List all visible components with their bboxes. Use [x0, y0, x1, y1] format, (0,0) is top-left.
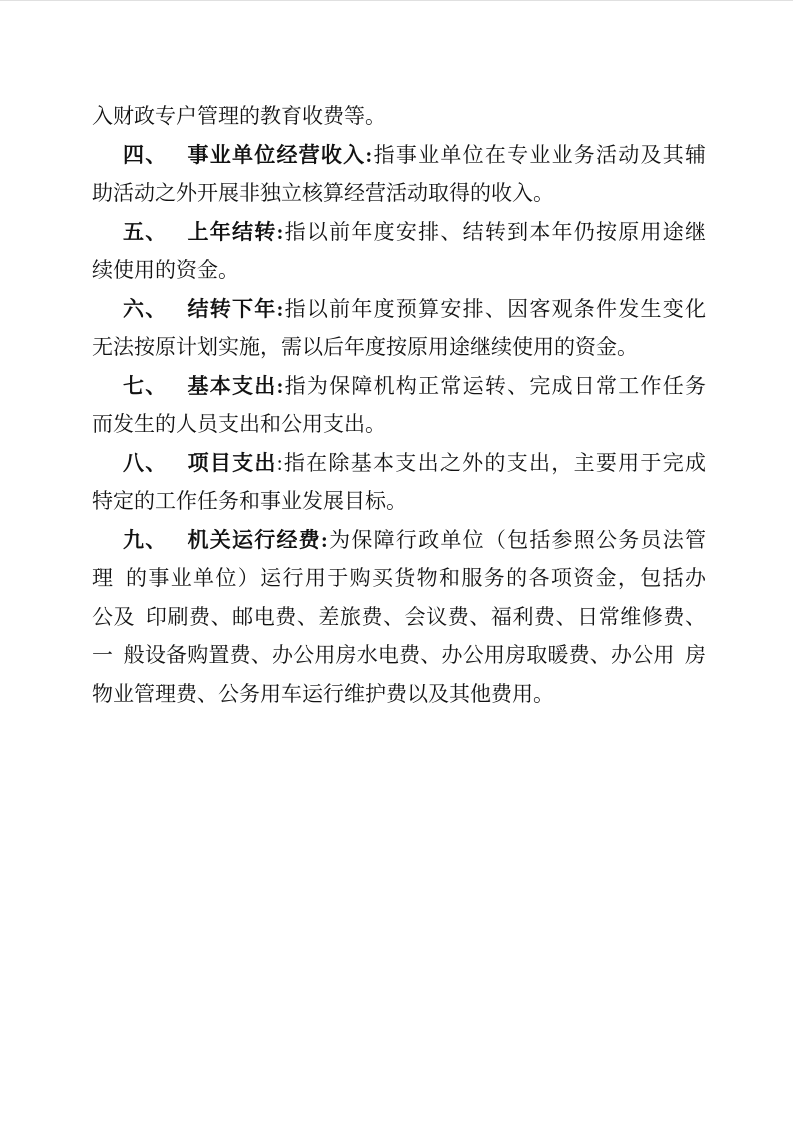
page-top-rule [0, 0, 793, 1]
item-number: 四、 [123, 143, 167, 167]
item-number: 八、 [123, 451, 168, 475]
text-segment: 物业管理费、公务用车运行维护费以及其他费用。 [92, 682, 554, 706]
item-title: 事业单位经营收入: [187, 143, 372, 167]
paragraph-item-7: 七、基本支出:指为保障机构正常运转、完成日常工作任务而发生的人员支出和公用支出。 [92, 367, 706, 444]
text-line: 入财政专户管理的教育收费等。 [92, 97, 706, 136]
paragraph-item-9: 九、机关运行经费:为保障行政单位（包括参照公务员法管理 的事业单位）运行用于购买… [92, 521, 706, 714]
text-line: 四、事业单位经营收入:指事业单位在专业业务活动及其辅 [92, 136, 706, 175]
paragraph-item-4: 四、事业单位经营收入:指事业单位在专业业务活动及其辅助活动之外开展非独立核算经营… [92, 136, 706, 213]
paragraph-item-5: 五、上年结转:指以前年度安排、结转到本年仍按原用途继续使用的资金。 [92, 213, 706, 290]
item-number: 六、 [123, 297, 167, 321]
item-title: 上年结转: [187, 220, 283, 244]
text-line: 一 般设备购置费、办公用房水电费、办公用房取暖费、办公用 房 [92, 636, 706, 675]
text-segment: 理 的事业单位）运行用于购买货物和服务的各项资金，包括办 [92, 566, 706, 590]
text-line: 公及 印刷费、邮电费、差旅费、会议费、福利费、日常维修费、 [92, 598, 706, 637]
item-number: 七、 [123, 374, 167, 398]
text-line: 物业管理费、公务用车运行维护费以及其他费用。 [92, 675, 706, 714]
text-line: 而发生的人员支出和公用支出。 [92, 405, 706, 444]
text-line: 特定的工作任务和事业发展目标。 [92, 482, 706, 521]
text-segment: 助活动之外开展非独立核算经营活动取得的收入。 [92, 181, 554, 205]
document-page: 入财政专户管理的教育收费等。四、事业单位经营收入:指事业单位在专业业务活动及其辅… [0, 0, 793, 1122]
text-line: 五、上年结转:指以前年度安排、结转到本年仍按原用途继 [92, 213, 706, 252]
item-title: 基本支出: [187, 374, 283, 398]
text-line: 续使用的资金。 [92, 251, 706, 290]
text-segment: 而发生的人员支出和公用支出。 [92, 412, 386, 436]
text-segment: 指为保障机构正常运转、完成日常工作任务 [283, 374, 706, 398]
text-segment: 为保障行政单位（包括参照公务员法管 [328, 528, 706, 552]
text-line: 理 的事业单位）运行用于购买货物和服务的各项资金，包括办 [92, 559, 706, 598]
text-segment: 入财政专户管理的教育收费等。 [92, 104, 386, 128]
item-title: 机关运行经费: [187, 528, 327, 552]
text-line: 六、结转下年:指以前年度预算安排、因客观条件发生变化 [92, 290, 706, 329]
text-segment: 指以前年度预算安排、因客观条件发生变化 [283, 297, 706, 321]
text-line: 无法按原计划实施，需以后年度按原用途继续使用的资金。 [92, 328, 706, 367]
text-line: 八、项目支出:指在除基本支出之外的支出，主要用于完成 [92, 444, 706, 483]
text-segment: 指事业单位在专业业务活动及其辅 [372, 143, 706, 167]
text-segment: 指以前年度安排、结转到本年仍按原用途继 [283, 220, 706, 244]
text-segment: 续使用的资金。 [92, 258, 239, 282]
text-segment: 公及 印刷费、邮电费、差旅费、会议费、福利费、日常维修费、 [92, 605, 706, 629]
text-segment: 一 般设备购置费、办公用房水电费、办公用房取暖费、办公用 房 [92, 643, 706, 667]
text-line: 助活动之外开展非独立核算经营活动取得的收入。 [92, 174, 706, 213]
paragraph-item-8: 八、项目支出:指在除基本支出之外的支出，主要用于完成特定的工作任务和事业发展目标… [92, 444, 706, 521]
item-title: 项目支出 [188, 451, 277, 475]
document-content: 入财政专户管理的教育收费等。四、事业单位经营收入:指事业单位在专业业务活动及其辅… [92, 97, 706, 713]
text-segment: :指在除基本支出之外的支出，主要用于完成 [277, 451, 706, 475]
item-number: 五、 [123, 220, 167, 244]
paragraph-tail-item-3: 入财政专户管理的教育收费等。 [92, 97, 706, 136]
item-title: 结转下年: [187, 297, 283, 321]
text-segment: 特定的工作任务和事业发展目标。 [92, 489, 407, 513]
item-number: 九、 [123, 528, 167, 552]
text-line: 七、基本支出:指为保障机构正常运转、完成日常工作任务 [92, 367, 706, 406]
text-segment: 无法按原计划实施，需以后年度按原用途继续使用的资金。 [92, 335, 638, 359]
text-line: 九、机关运行经费:为保障行政单位（包括参照公务员法管 [92, 521, 706, 560]
paragraph-item-6: 六、结转下年:指以前年度预算安排、因客观条件发生变化无法按原计划实施，需以后年度… [92, 290, 706, 367]
